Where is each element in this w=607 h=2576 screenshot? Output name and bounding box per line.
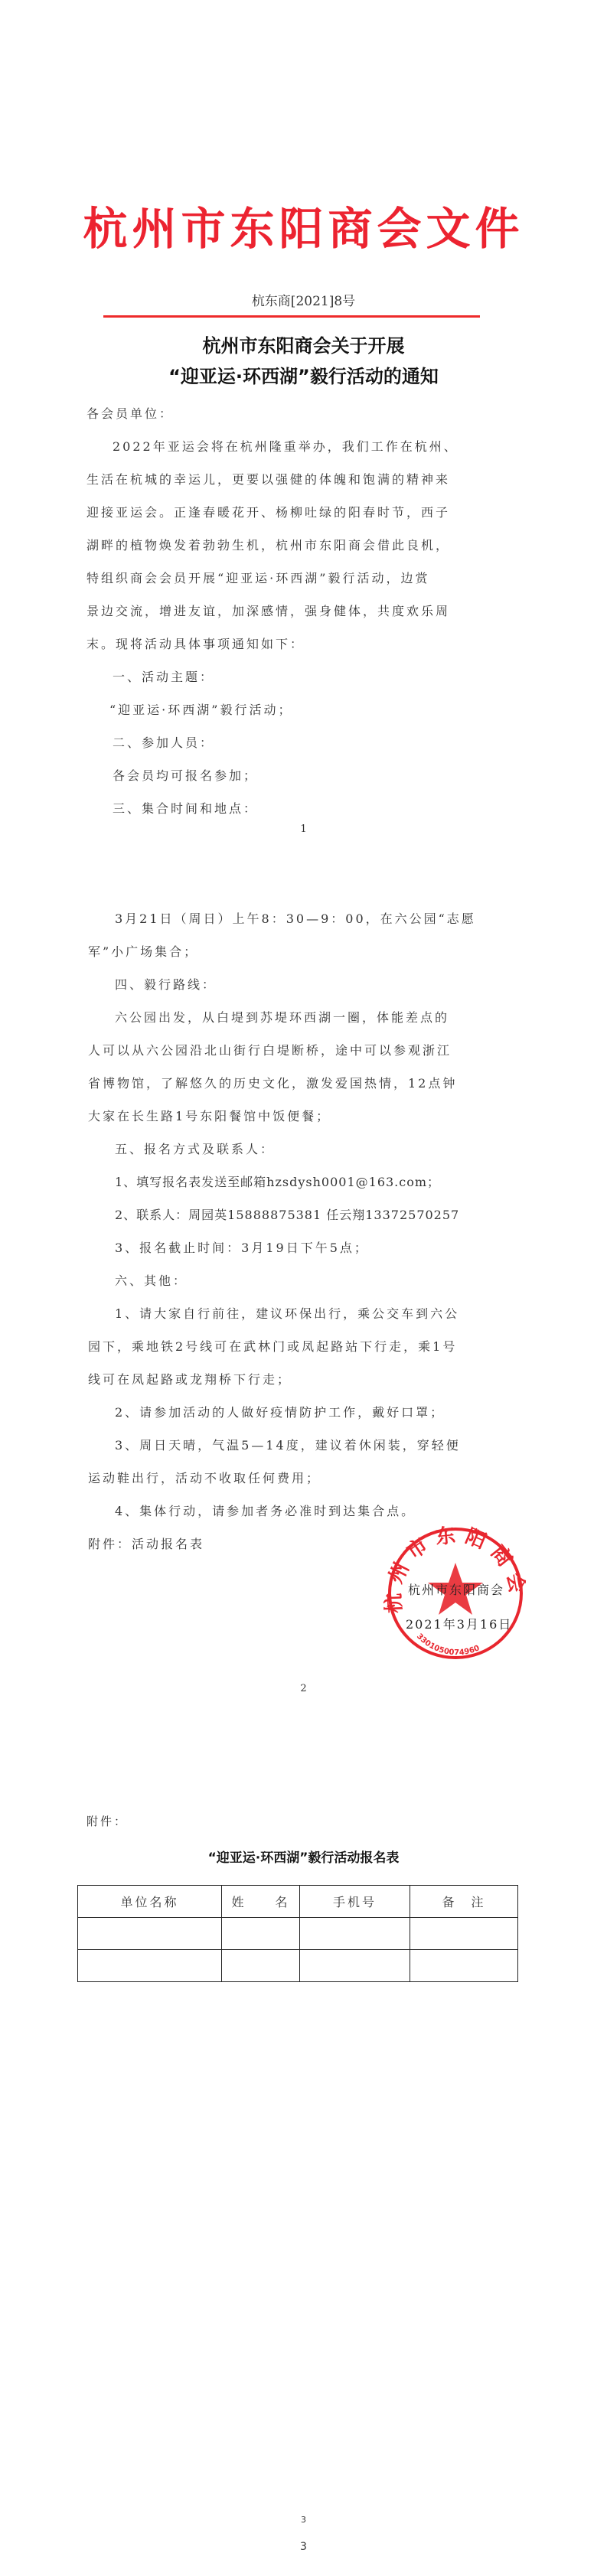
table-row	[78, 1950, 518, 1982]
section-heading-participants: 二、参加人员：	[113, 733, 214, 751]
intro-line: 特组织商会会员开展“迎亚运·环西湖”毅行活动，边赏	[86, 569, 429, 586]
salutation: 各会员单位：	[86, 404, 174, 422]
section-text-theme: “迎亚运·环西湖”毅行活动；	[109, 700, 292, 718]
registration-deadline: 3、报名截止时间：3月19日下午5点；	[115, 1238, 369, 1256]
intro-line: 生活在杭城的幸运儿，更要以强健的体魄和饱满的精神来	[86, 470, 450, 487]
cell-name[interactable]	[222, 1950, 300, 1982]
intro-line: 景边交流，增进友谊，加深感情，强身健体，共度欢乐周	[86, 602, 450, 619]
other-line: 3、周日天晴，气温5—14度，建议着休闲装，穿轻便	[115, 1436, 461, 1453]
column-header-phone: 手机号	[300, 1886, 410, 1918]
section-heading-registration: 五、报名方式及联系人：	[115, 1140, 275, 1157]
notice-title-line1: 杭州市东阳商会关于开展	[0, 331, 607, 357]
attachment-label: 附件：	[86, 1813, 128, 1829]
section-heading-meeting: 三、集合时间和地点：	[113, 799, 258, 817]
page-number: 1	[0, 823, 607, 835]
registration-email: 1、填写报名表发送至邮箱hzsdysh0001@163.com；	[115, 1172, 440, 1190]
cell-phone[interactable]	[300, 1918, 410, 1950]
section-text-participants: 各会员均可报名参加；	[113, 766, 258, 784]
org-document-title: 杭州市东阳商会文件	[0, 193, 607, 257]
intro-line: 湖畔的植物焕发着勃勃生机，杭州市东阳商会借此良机，	[86, 536, 450, 553]
route-line: 大家在长生路1号东阳餐馆中饭便餐；	[88, 1107, 331, 1124]
other-line: 2、请参加活动的人做好疫情防护工作，戴好口罩；	[115, 1403, 445, 1420]
other-line: 1、请大家自行前往，建议环保出行，乘公交车到六公	[115, 1304, 459, 1322]
cell-name[interactable]	[222, 1918, 300, 1950]
route-line: 省博物馆，了解悠久的历史文化，激发爱国热情，12点钟	[88, 1074, 457, 1091]
intro-line: 末。现将活动具体事项通知如下：	[86, 634, 305, 652]
other-line: 线可在凤起路或龙翔桥下行走；	[88, 1370, 292, 1387]
cell-remark[interactable]	[410, 1950, 518, 1982]
intro-line: 2022年亚运会将在杭州隆重举办，我们工作在杭州、	[113, 437, 459, 455]
cell-unit[interactable]	[78, 1950, 222, 1982]
red-divider	[103, 315, 480, 318]
section-heading-route: 四、毅行路线：	[115, 975, 217, 993]
document-number: 杭东商[2021]8号	[0, 290, 607, 309]
other-line: 运动鞋出行，活动不收取任何费用；	[88, 1469, 321, 1486]
cell-unit[interactable]	[78, 1918, 222, 1950]
route-line: 六公园出发，从白堤到苏堤环西湖一圈，体能差点的	[115, 1008, 449, 1026]
attachment-note: 附件：活动报名表	[88, 1534, 204, 1552]
page-number: 3	[0, 2541, 607, 2553]
intro-line: 迎接亚运会。正逢春暖花开、杨柳吐绿的阳春时节，西子	[86, 503, 450, 520]
column-header-remark: 备 注	[410, 1886, 518, 1918]
route-line: 人可以从六公园沿北山街行白堤断桥，途中可以参观浙江	[88, 1041, 452, 1058]
other-line: 园下，乘地铁2号线可在武林门或凤起路站下行走，乘1号	[88, 1337, 457, 1355]
registration-form-title: “迎亚运·环西湖”毅行活动报名表	[0, 1847, 607, 1866]
cell-remark[interactable]	[410, 1918, 518, 1950]
meeting-line: 3月21日（周日）上午8：30—9：00，在六公园“志愿	[115, 909, 476, 927]
page-number: 2	[0, 1683, 607, 1694]
meeting-line: 军”小广场集合；	[88, 942, 198, 960]
section-heading-other: 六、其他：	[115, 1271, 188, 1289]
page-number: 3	[0, 2515, 607, 2525]
column-header-name: 姓 名	[222, 1886, 300, 1918]
signature-org: 杭州市东阳商会	[408, 1580, 504, 1598]
notice-title-line2: “迎亚运·环西湖”毅行活动的通知	[0, 361, 607, 388]
table-row	[78, 1918, 518, 1950]
cell-phone[interactable]	[300, 1950, 410, 1982]
registration-table: 单位名称 姓 名 手机号 备 注	[77, 1885, 518, 1982]
svg-text:3301050074960: 3301050074960	[415, 1632, 481, 1657]
signature-date: 2021年3月16日	[406, 1615, 512, 1632]
registration-contacts: 2、联系人：周园英15888875381 任云翔13372570257	[115, 1205, 459, 1223]
section-heading-theme: 一、活动主题：	[113, 667, 214, 685]
other-line: 4、集体行动，请参加者务必准时到达集合点。	[115, 1502, 416, 1519]
column-header-unit: 单位名称	[78, 1886, 222, 1918]
table-header-row: 单位名称 姓 名 手机号 备 注	[78, 1886, 518, 1918]
